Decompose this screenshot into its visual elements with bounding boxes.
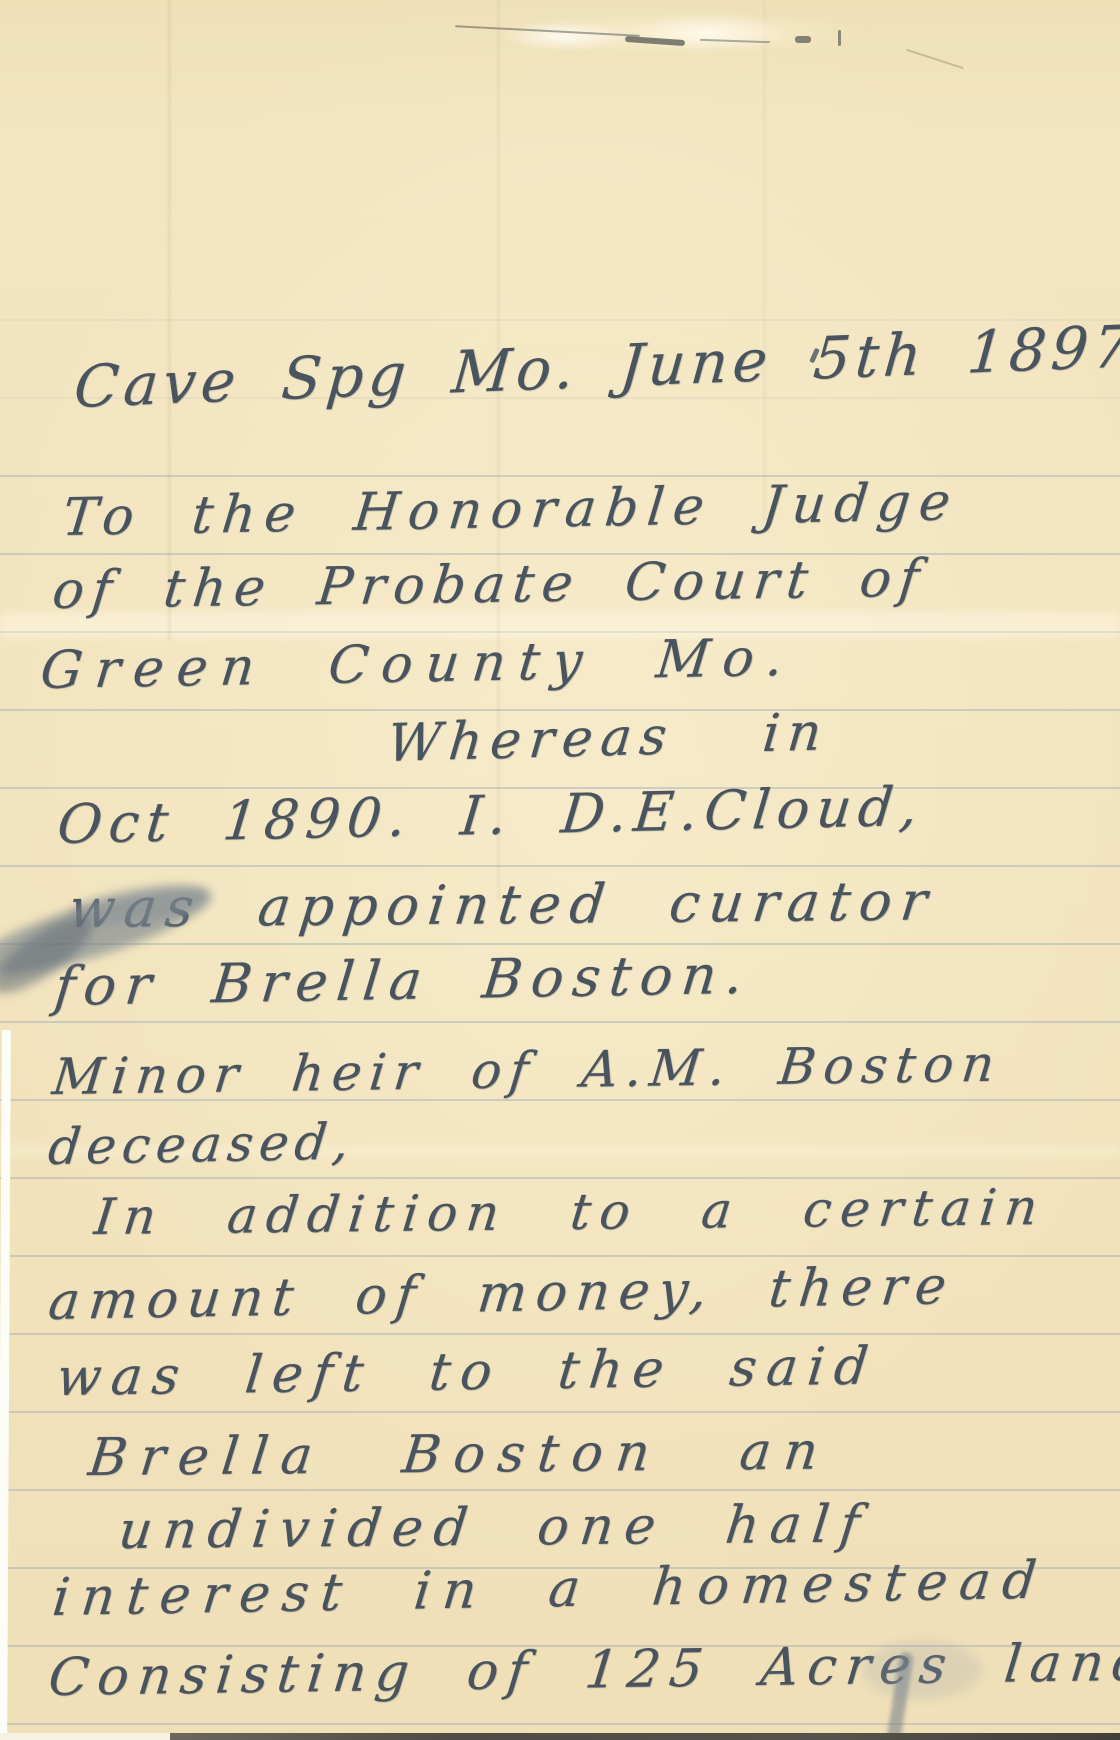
handwriting-line-6: Oct 1890. I. D.E.Cloud, [55, 780, 927, 852]
handwriting-line-5: Whereas in [385, 706, 832, 770]
tear-scratch [795, 36, 811, 43]
handwriting-line-10: deceased, [46, 1117, 357, 1172]
handwriting-line-3: of the Probate Court of [50, 553, 929, 617]
page-edge-left [0, 1030, 11, 1740]
handwriting-line-2: To the Honorable Judge [60, 476, 962, 544]
tear-scratch [838, 30, 841, 46]
handwriting-line-12: amount of money, there [46, 1260, 958, 1328]
scan-edge-bottom [0, 1733, 170, 1740]
handwriting-line-14: Brella Boston an [86, 1425, 833, 1484]
handwriting-line-11: In addition to a certain [92, 1182, 1049, 1242]
handwriting-line-13: was left to the said [54, 1340, 880, 1404]
handwriting-line-4: Green County Mo. [38, 632, 798, 697]
handwriting-line-16: interest in a homestead [50, 1555, 1051, 1624]
tape-tear-mark [390, 2, 970, 64]
scanned-letter-page: Cave Spg Mo. June 5th 1897 To the Honora… [0, 0, 1120, 1740]
handwriting-line-15: undivided one half [116, 1498, 873, 1557]
scan-edge-bottom [170, 1733, 1120, 1740]
vertical-crease [763, 0, 766, 520]
handwriting-line-9: Minor heir of A.M. Boston [50, 1039, 1005, 1102]
handwriting-line-8: for Brella Boston. [52, 948, 754, 1014]
pencil-smudge-bottom [862, 1640, 982, 1700]
